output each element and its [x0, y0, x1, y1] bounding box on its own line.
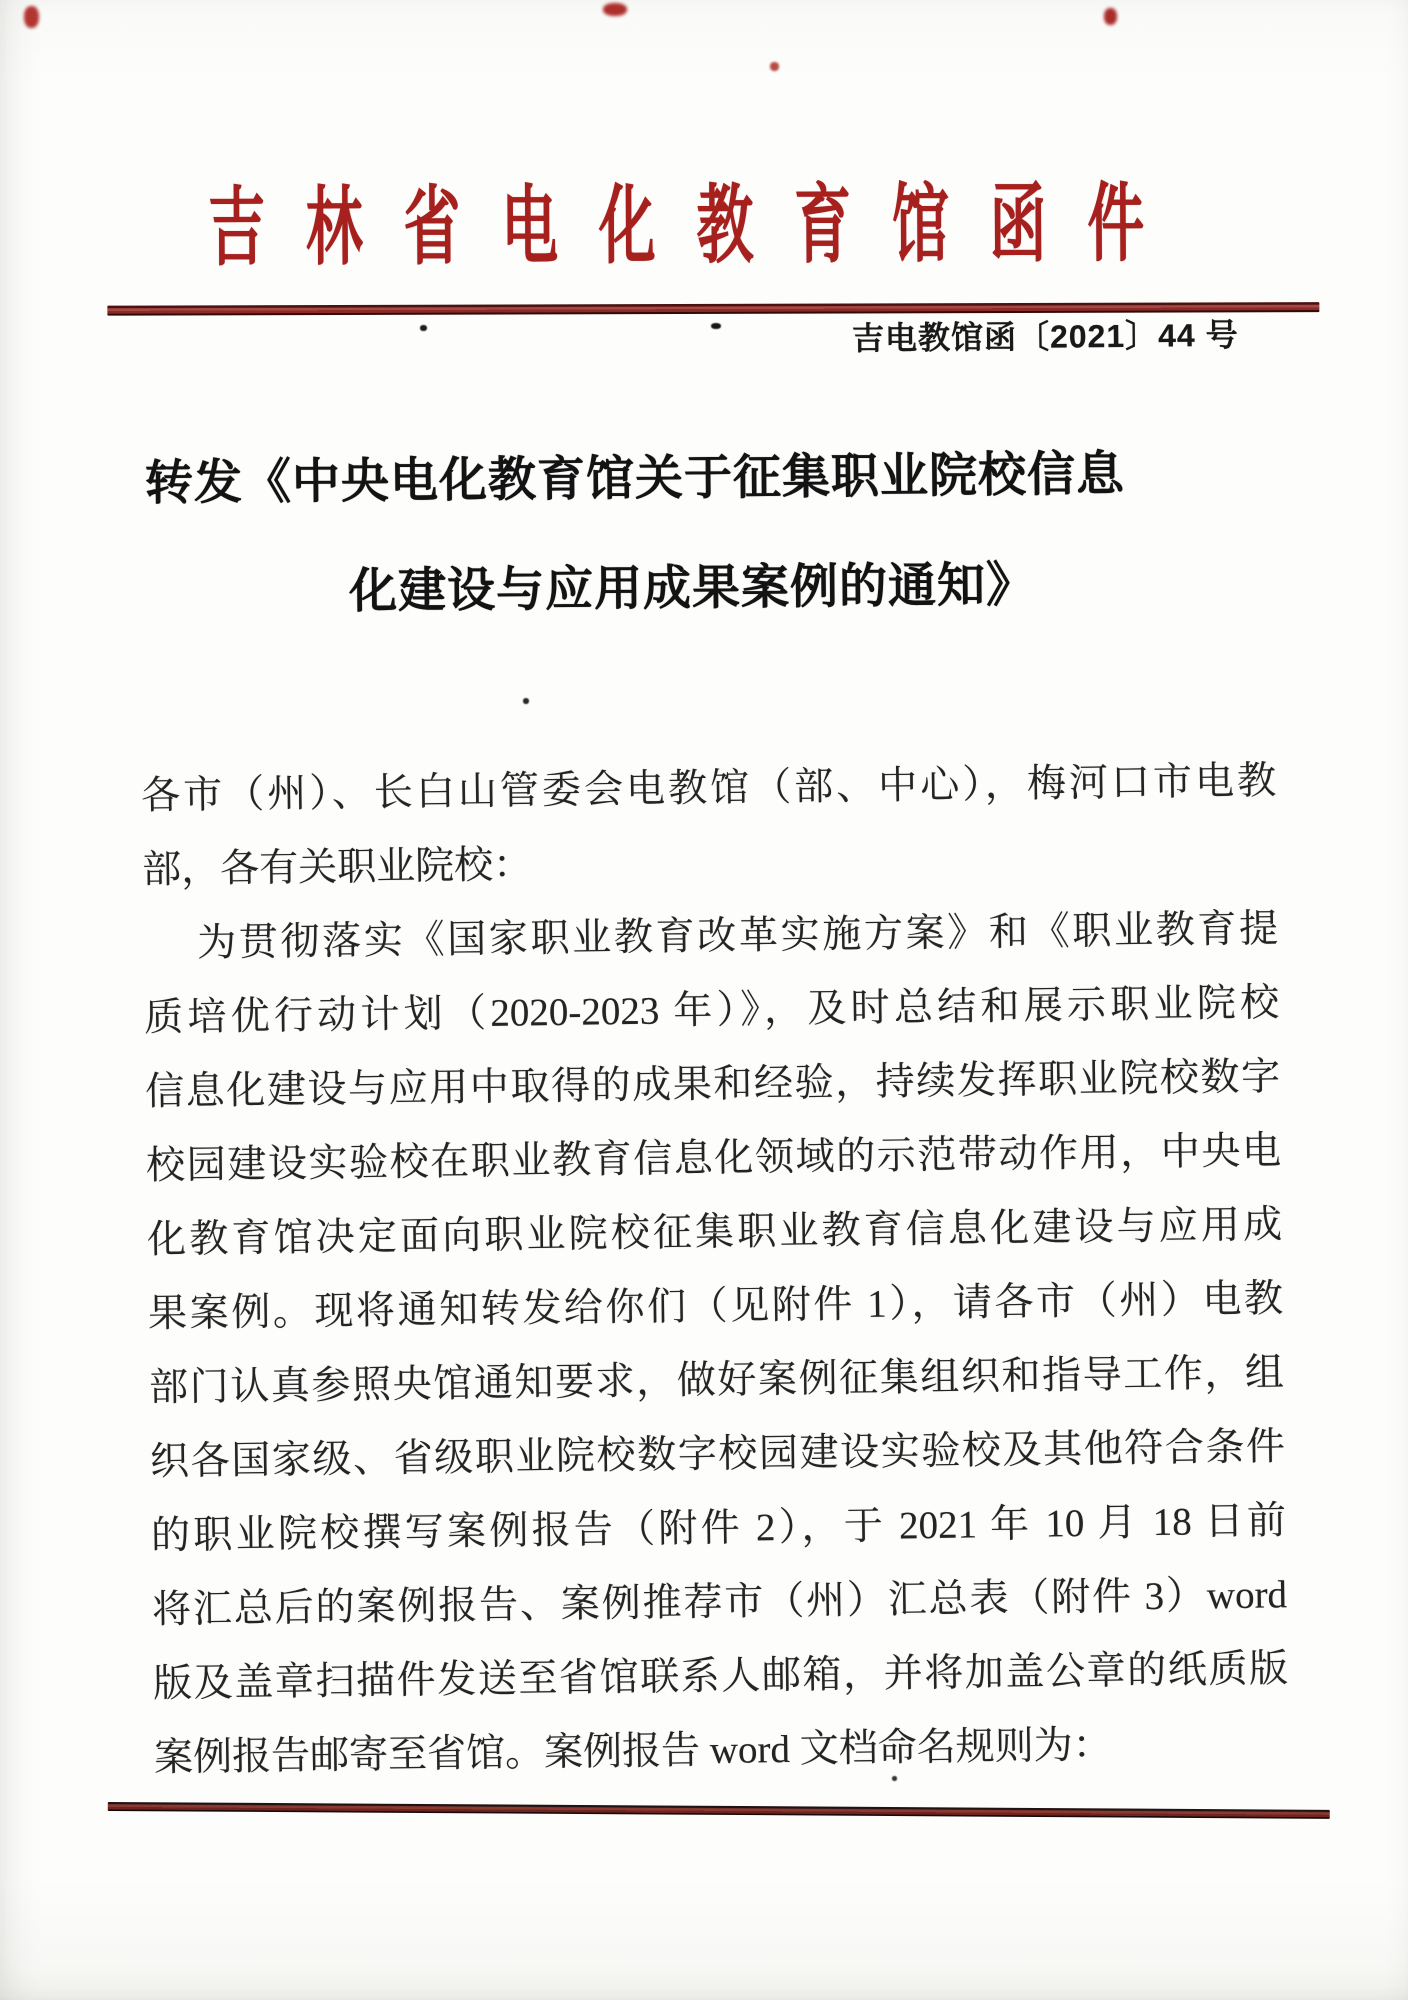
letterhead-divider-rule — [107, 302, 1319, 316]
scan-artifact — [770, 62, 779, 71]
scan-artifact — [523, 698, 529, 704]
body-line: 案例报告邮寄至省馆。案例报告 word 文档命名规则为： — [154, 1706, 1290, 1795]
letterhead-row: 吉林省电化教育馆函件 — [0, 173, 1401, 290]
document-sheet: 吉林省电化教育馆函件 吉电教馆函〔2021〕44 号 转发《中央电化教育馆关于征… — [0, 0, 1408, 2000]
salutation-line: 各市（州）、长白山管委会电教馆（部、中心），梅河口市电教 — [141, 744, 1277, 833]
document-title-line: 转发《中央电化教育馆关于征集职业院校信息 — [0, 418, 1339, 542]
scan-artifact — [711, 323, 721, 329]
document-body: 各市（州）、长白山管委会电教馆（部、中心），梅河口市电教 部，各有关职业院校： … — [141, 744, 1290, 1795]
document-title: 转发《中央电化教育馆关于征集职业院校信息 化建设与应用成果案例的通知》 — [0, 417, 1405, 651]
scan-artifact — [420, 325, 427, 331]
letterhead-title: 吉林省电化教育馆函件 — [208, 174, 1185, 279]
document-title-line: 化建设与应用成果案例的通知》 — [0, 527, 1397, 651]
scan-artifact — [603, 3, 627, 16]
footer-rule — [108, 1802, 1330, 1819]
scan-artifact — [24, 6, 39, 28]
scanned-document-page: 吉林省电化教育馆函件 吉电教馆函〔2021〕44 号 转发《中央电化教育馆关于征… — [0, 0, 1408, 2000]
scan-artifact — [892, 1776, 897, 1781]
body-line: 版及盖章扫描件发送至省馆联系人邮箱，并将加盖公章的纸质版 — [153, 1632, 1289, 1721]
scan-artifact — [1104, 8, 1117, 25]
document-number: 吉电教馆函〔2021〕44 号 — [852, 315, 1239, 359]
